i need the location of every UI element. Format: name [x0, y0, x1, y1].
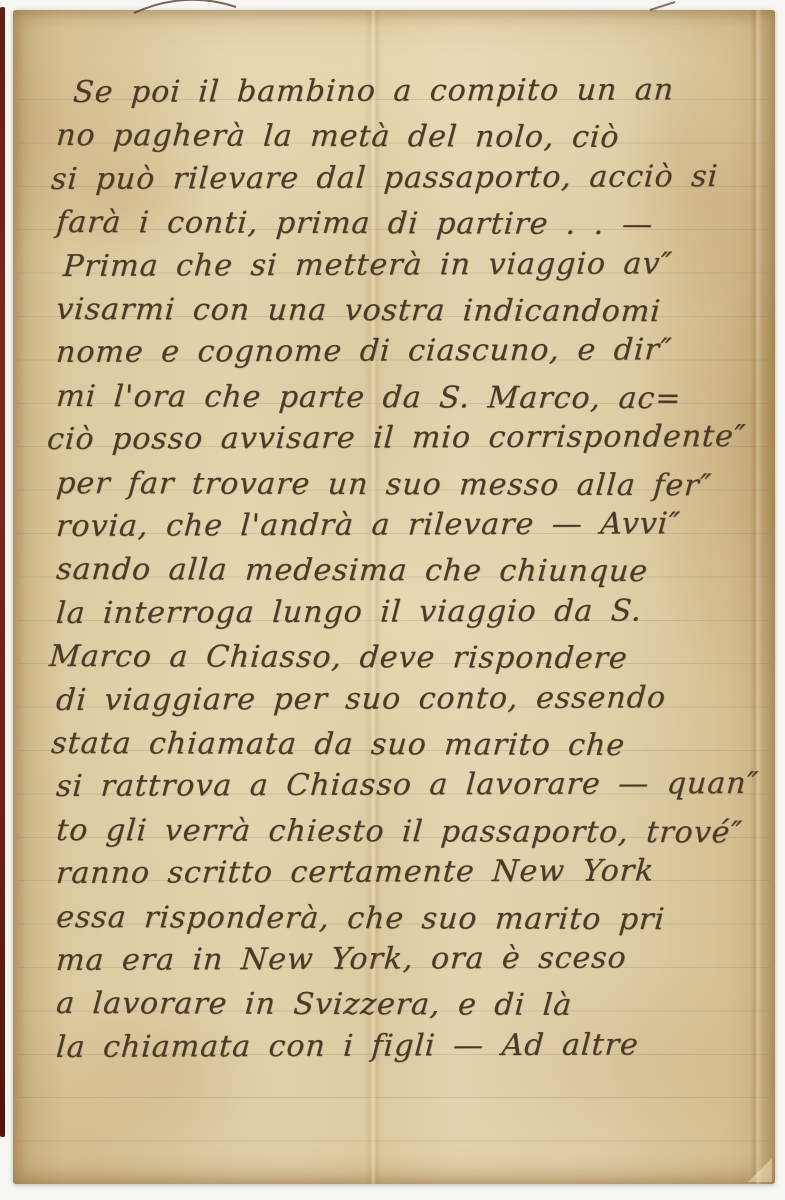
letter-line: farà i conti, prima di partire . . — — [55, 206, 654, 242]
letter-line: si rattrova a Chiasso a lavorare — quan″ — [55, 767, 760, 804]
letter-line: rovia, che l'andrà a rilevare — Avvi″ — [55, 507, 682, 544]
letter-line: ranno scritto certamente New York — [55, 854, 655, 891]
letter-line: la interroga lungo il viaggio da S. — [55, 594, 643, 631]
letter-line: Prima che si metterà in viaggio av″ — [62, 247, 674, 284]
letter-line: visarmi con una vostra indicandomi — [55, 293, 662, 329]
letter-line: to gli verrà chiesto il passaporto, trov… — [55, 814, 744, 850]
letter-line: per far trovare un suo messo alla fer″ — [55, 467, 713, 503]
letter-line: essa risponderà, che suo marito pri — [55, 901, 666, 937]
letter-line: di viaggiare per suo conto, essendo — [55, 681, 667, 718]
letter-line: si può rilevare dal passaporto, acciò si — [50, 160, 719, 197]
letter-line: ciò posso avvisare il mio corrispondente… — [46, 420, 747, 457]
letter-line: no pagherà la metà del nolo, ciò — [55, 119, 621, 155]
letter-line: Se poi il bambino a compito un an — [72, 73, 675, 110]
letter-line: Marco a Chiasso, deve rispondere — [48, 640, 629, 676]
letter-line: a lavorare in Svizzera, e di là — [55, 987, 573, 1023]
letter-line: mi l'ora che parte da S. Marco, ac= — [55, 380, 683, 416]
letter-line: nome e cognome di ciascuno, e dir″ — [55, 333, 673, 370]
letter-line: stata chiamata da suo marito che — [50, 727, 626, 763]
letter-line: sando alla medesima che chiunque — [55, 553, 649, 589]
letter-line: ma era in New York, ora è sceso — [55, 942, 628, 978]
letter-line: la chiamata con i figli — Ad altre — [55, 1028, 640, 1065]
letter-text: Se poi il bambino a compito un an no pag… — [0, 0, 785, 1200]
